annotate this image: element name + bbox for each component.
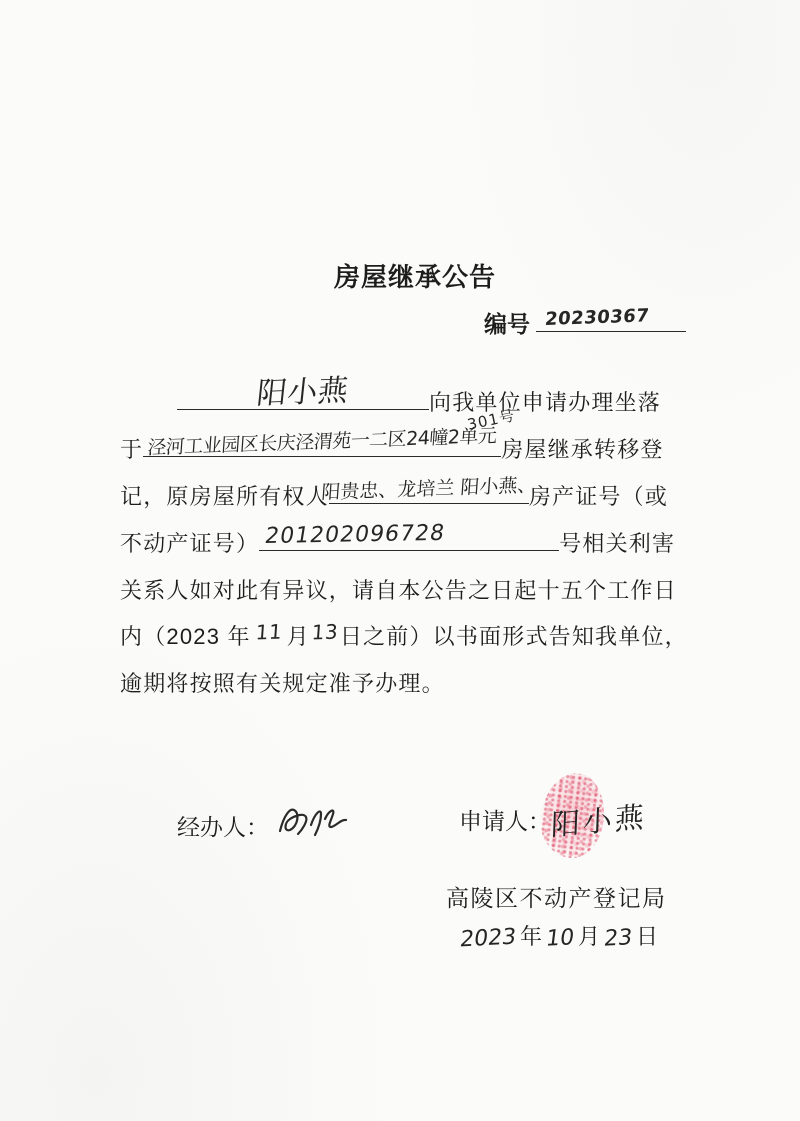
property-address-handwritten: 泾河工业园区长庆泾渭苑一二区24幢2单元 — [147, 421, 498, 460]
handler-label: 经办人： — [177, 814, 269, 840]
body-line-4-prefix: 不动产证号） — [120, 531, 259, 556]
deadline-month-handwritten: 11 — [255, 620, 283, 645]
handler-row: 经办人： — [177, 797, 355, 851]
deadline-day-gap: 13 — [310, 639, 340, 644]
applicant-label: 申请人： — [459, 808, 551, 834]
issue-date-row: 2023年10月23日 — [456, 920, 658, 951]
applicant-name-blank: 阳小燕 — [177, 404, 429, 410]
document-number-row: 编号 20230367 — [484, 306, 686, 339]
body-line-6: 内（2023 年 11 月 13 日之前）以书面形式告知我单位， — [120, 620, 688, 651]
deadline-month-gap: 11 — [251, 639, 287, 644]
body-line-5: 关系人如对此有异议，请自本公告之日起十五个工作日 — [120, 574, 677, 605]
deadline-day-handwritten: 13 — [311, 620, 339, 645]
body-line-2: 于 泾河工业园区长庆泾渭苑一二区24幢2单元 301号 房屋继承转移登 — [120, 433, 664, 464]
document-title: 房屋继承公告 — [334, 257, 496, 294]
applicant-signature-handwritten: 阳小燕 — [550, 795, 647, 845]
body-line-3: 记，原房屋所有权人 阳贵忠、龙培兰 阳小燕、 房产证号（或 — [120, 480, 668, 511]
body-line-3-suffix: 房产证号（或 — [529, 484, 668, 509]
body-line-4: 不动产证号） 201202096728 号相关利害 — [120, 527, 675, 558]
issue-year-handwritten: 2023 — [458, 924, 517, 952]
body-line-3-prefix: 记，原房屋所有权人 — [120, 484, 329, 509]
body-line-2-suffix: 房屋继承转移登 — [501, 437, 663, 462]
body-line-2-prefix: 于 — [120, 437, 143, 462]
original-owners-handwritten: 阳贵忠、龙培兰 阳小燕、 — [320, 470, 537, 505]
body-line-4-suffix: 号相关利害 — [559, 531, 675, 556]
body-line-1: 阳小燕 向我单位申请办理坐落 — [120, 386, 661, 417]
issuing-office-name: 高陵区不动产登记局 — [446, 880, 667, 913]
document-number-value: 20230367 — [544, 305, 650, 330]
issue-year-label: 年 — [520, 924, 542, 949]
certificate-number-blank: 201202096728 — [259, 545, 559, 551]
body-line-7: 逾期将按照有关规定准予办理。 — [120, 667, 445, 698]
applicant-name-handwritten: 阳小燕 — [255, 365, 351, 412]
property-address-blank: 泾河工业园区长庆泾渭苑一二区24幢2单元 301号 — [143, 451, 501, 457]
issue-month-handwritten: 10 — [544, 925, 575, 952]
handler-signature-icon — [273, 797, 355, 851]
document-number-label: 编号 — [484, 311, 530, 337]
applicant-row: 申请人：阳小燕 — [459, 797, 647, 838]
issue-month-label: 月 — [578, 924, 600, 949]
original-owners-blank: 阳贵忠、龙培兰 阳小燕、 — [329, 498, 529, 504]
issue-day-handwritten: 23 — [603, 925, 634, 952]
document-number-blank: 20230367 — [536, 326, 686, 332]
scanned-document-page: 房屋继承公告 编号 20230367 阳小燕 向我单位申请办理坐落 于 泾河工业… — [0, 0, 800, 1121]
body-line-6-part2: 月 — [287, 624, 310, 649]
certificate-number-handwritten: 201202096728 — [263, 521, 447, 549]
body-line-1-text: 向我单位申请办理坐落 — [429, 390, 661, 415]
body-line-6-part3: 日之前）以书面形式告知我单位， — [340, 624, 688, 649]
issue-day-label: 日 — [636, 924, 658, 949]
body-line-6-part1: 内（2023 年 — [120, 624, 251, 649]
